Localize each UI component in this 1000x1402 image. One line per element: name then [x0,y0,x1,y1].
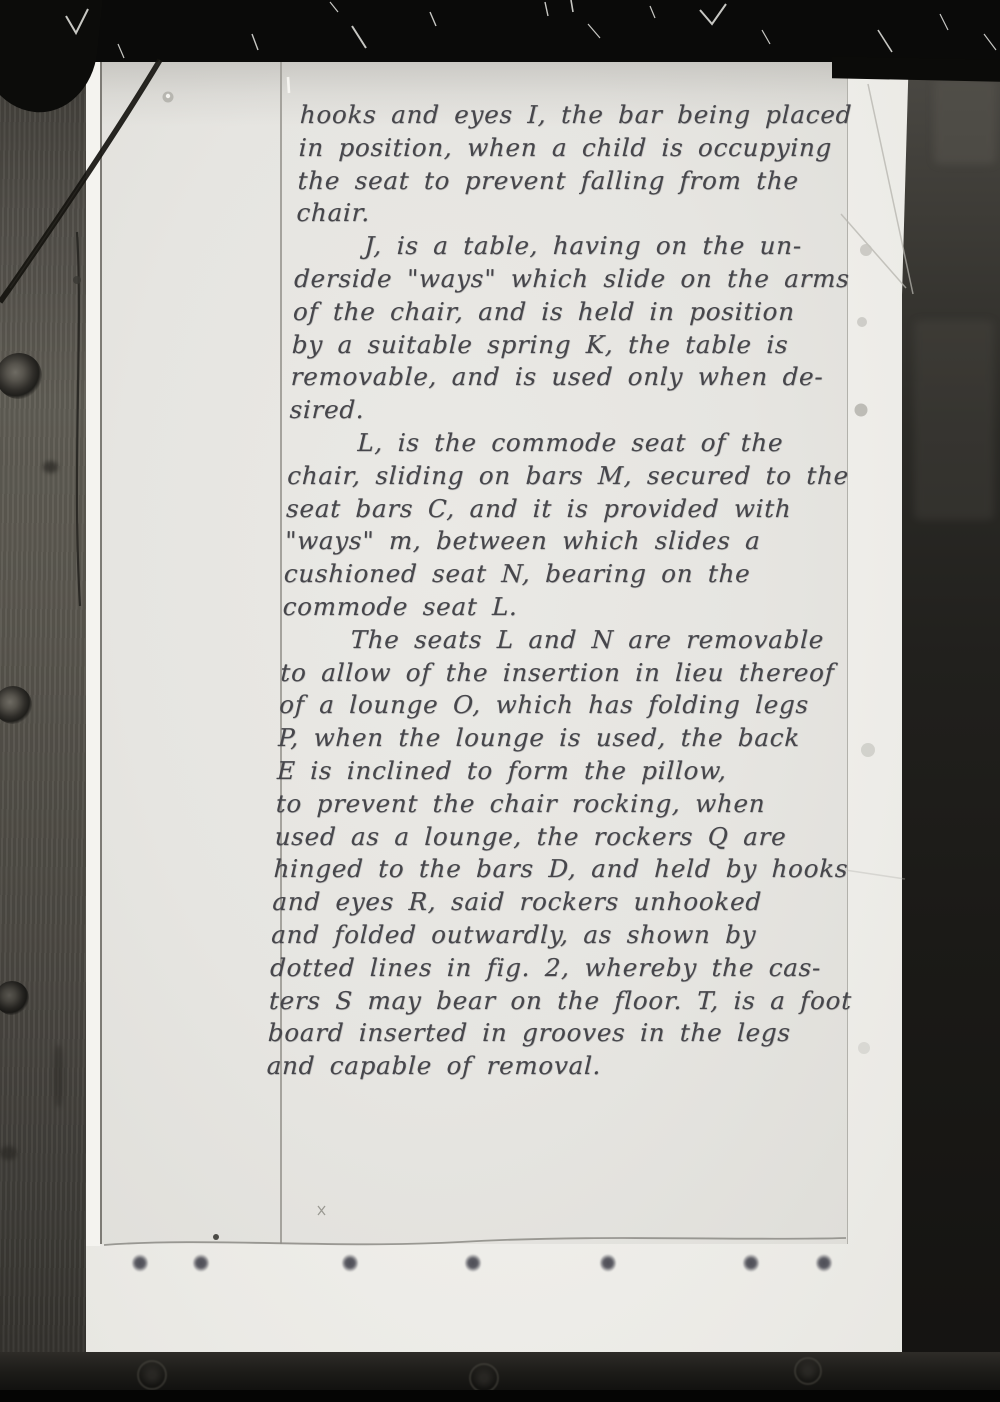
handwritten-sheet [100,56,848,1244]
scanned-document-photo: hooks and eyes I, the bar being placedin… [0,0,1000,1402]
scanner-bed-right-strip [902,50,1000,1402]
dark-smudge [0,1146,17,1160]
bolt-icon [0,686,32,724]
scanner-bed-left-strip [0,50,86,1402]
sheet-top-shadow [102,56,847,126]
film-edge-bottom-bar [0,1390,1000,1402]
bolt-ring-icon [469,1363,499,1393]
film-edge-top-bar-right-dip [832,56,1000,82]
texture-patch [934,78,996,164]
texture-patch [914,320,994,520]
dark-streak [54,1045,63,1107]
bolt-ring-icon [794,1357,822,1385]
bolt-icon [0,353,42,399]
paper-lit-edge [84,56,100,1246]
film-edge-top-bar [0,0,1000,62]
dark-smudge [43,461,58,473]
bolt-ring-icon [137,1360,167,1390]
bolt-icon [0,981,29,1015]
margin-rule-line [280,56,282,1244]
